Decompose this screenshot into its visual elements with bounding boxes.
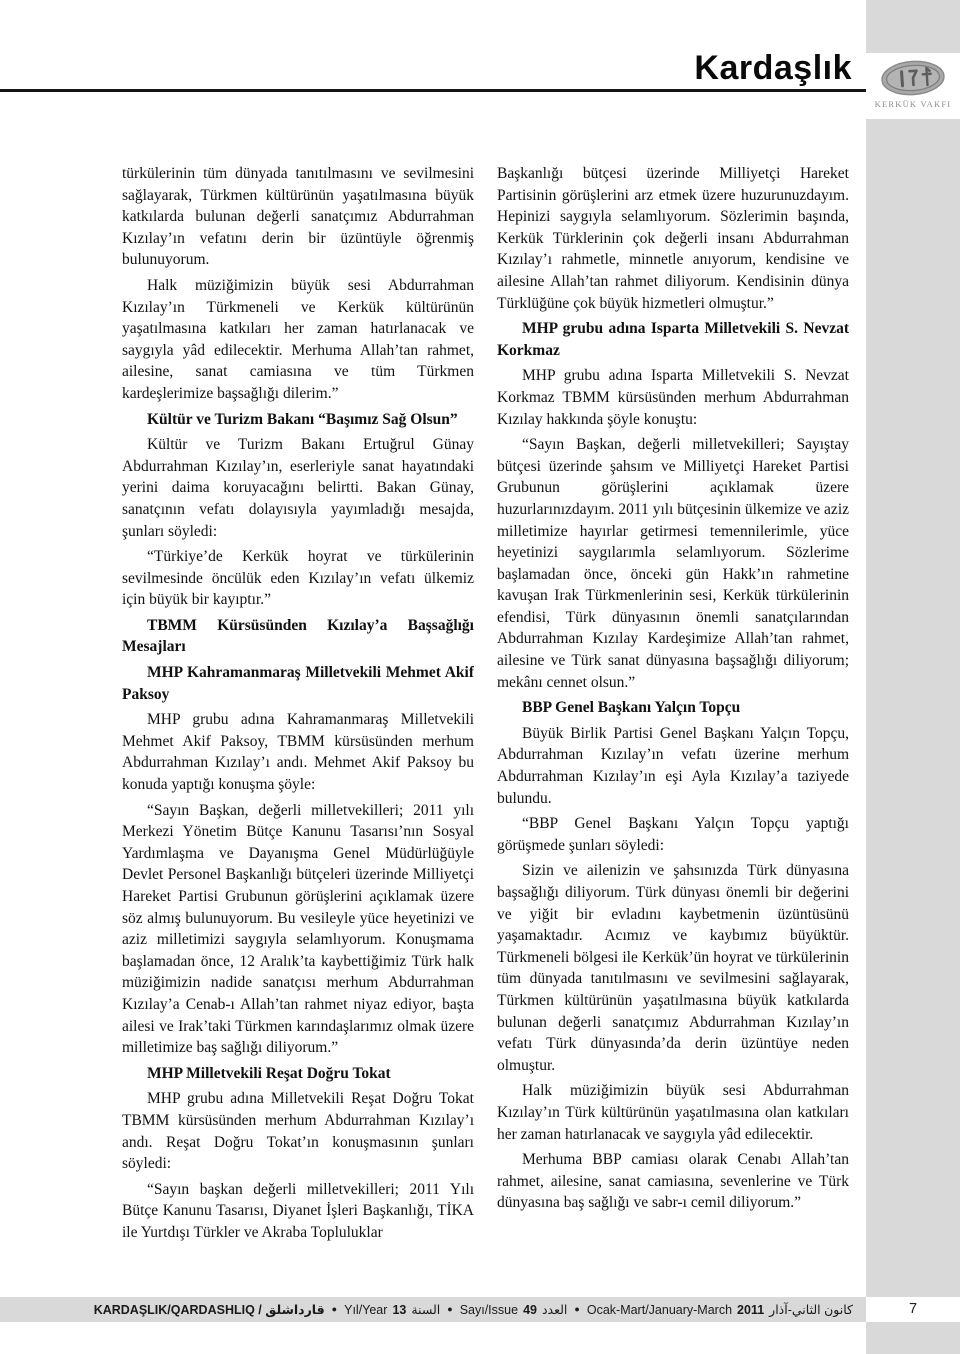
paragraph: Büyük Birlik Partisi Genel Başkanı Yalçı…: [497, 723, 849, 809]
paragraph: Merhuma BBP camiası olarak Cenabı Allah’…: [497, 1149, 849, 1214]
footer-issue-segment: Sayı/Issue 49 العدد: [460, 1302, 568, 1317]
kerkuk-vakfi-seal-icon: [879, 57, 947, 99]
paragraph: “Sayın başkan değerli milletvekilleri; 2…: [122, 1179, 474, 1244]
publisher-name: KERKÜK VAKFI: [866, 99, 960, 109]
footer-issue-label: Sayı/Issue: [460, 1303, 518, 1317]
footer-date-arabic: كانون الثاني-آذار: [769, 1302, 853, 1317]
footer-year-label: Yıl/Year: [344, 1303, 387, 1317]
paragraph: “Sayın Başkan, değerli milletvekilleri; …: [122, 800, 474, 1059]
paragraph: “Türkiye’de Kerkük hoyrat ve türkülerini…: [122, 546, 474, 611]
footer-issue-value: 49: [523, 1303, 537, 1317]
bullet-separator-icon: ●: [574, 1305, 579, 1314]
section-heading: MHP Kahramanmaraş Milletvekili Mehmet Ak…: [122, 662, 474, 705]
bullet-separator-icon: ●: [332, 1305, 337, 1314]
footer-issue-arabic: العدد: [542, 1302, 567, 1317]
footer-date-segment: Ocak-Mart/January-March 2011 كانون الثان…: [587, 1302, 853, 1317]
paragraph: “BBP Genel Başkanı Yalçın Topçu yaptığı …: [497, 813, 849, 856]
section-heading: MHP Milletvekili Reşat Doğru Tokat: [122, 1063, 474, 1085]
paragraph: Sizin ve ailenizin ve şahsınızda Türk dü…: [497, 860, 849, 1076]
page-title: Kardaşlık: [0, 50, 852, 86]
page-number: 7: [866, 1297, 960, 1322]
paragraph: Başkanlığı bütçesi üzerinde Milliyetçi H…: [497, 163, 849, 314]
paragraph: Halk müziğimizin büyük sesi Abdurrahman …: [497, 1080, 849, 1145]
paragraph: Kültür ve Turizm Bakanı Ertuğrul Günay A…: [122, 434, 474, 542]
header-rule: [0, 89, 875, 92]
footer-year-value: 13: [392, 1303, 406, 1317]
publisher-logo-box: KERKÜK VAKFI: [866, 53, 960, 119]
paragraph: türkülerinin tüm dünyada tanıtılmasını v…: [122, 163, 474, 271]
paragraph: “Sayın Başkan, değerli milletvekilleri; …: [497, 434, 849, 693]
paragraph: Halk müziğimizin büyük sesi Abdurrahman …: [122, 275, 474, 405]
section-heading: BBP Genel Başkanı Yalçın Topçu: [497, 697, 849, 719]
paragraph: MHP grubu adına Milletvekili Reşat Doğru…: [122, 1088, 474, 1174]
footer-journal-name: KARDAŞLIK/QARDASHLIQ / قارداشلق: [94, 1302, 325, 1317]
article-column-right: Başkanlığı bütçesi üzerinde Milliyetçi H…: [497, 163, 849, 1218]
footer-date-label: Ocak-Mart/January-March: [587, 1303, 732, 1317]
section-heading: TBMM Kürsüsünden Kızılay’a Başsağlığı Me…: [122, 615, 474, 658]
article-column-left: türkülerinin tüm dünyada tanıtılmasını v…: [122, 163, 474, 1248]
journal-page: Kardaşlık KERKÜK VAKFI türkülerinin tüm …: [0, 0, 960, 1354]
bullet-separator-icon: ●: [447, 1305, 452, 1314]
right-edge-strip: [866, 0, 960, 1354]
section-heading: MHP grubu adına Isparta Milletvekili S. …: [497, 318, 849, 361]
footer-year-segment: Yıl/Year 13 السنة: [344, 1302, 440, 1317]
footer-year-arabic: السنة: [411, 1302, 440, 1317]
paragraph: MHP grubu adına Isparta Milletvekili S. …: [497, 365, 849, 430]
footer-date-value: 2011: [737, 1303, 764, 1317]
section-heading: Kültür ve Turizm Bakanı “Başımız Sağ Ols…: [122, 409, 474, 431]
footer-bar: KARDAŞLIK/QARDASHLIQ / قارداشلق ● Yıl/Ye…: [0, 1297, 866, 1322]
paragraph: MHP grubu adına Kahramanmaraş Milletveki…: [122, 709, 474, 795]
